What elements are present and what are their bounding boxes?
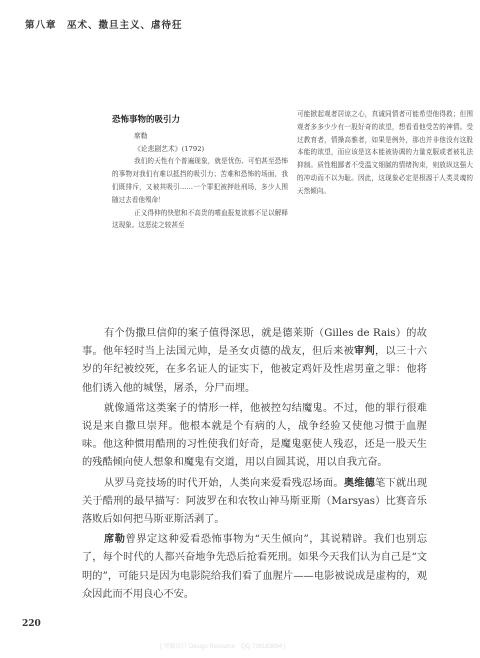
bold-term: 席勒 <box>104 534 126 545</box>
sidebar-right-column: 可能掀起观者居谅之心，真诚同情者可能希望他得救；但围观者多多少少有一股好奇的欲望… <box>297 108 473 198</box>
body-paragraph: 从罗马竞技场的时代开始，人类向来爱看残忍场面。奥维德笔下就出现关于酷刑的最早描写… <box>82 475 427 530</box>
main-text: 有个伪撒旦信仰的案子值得深思，就是德莱斯（Gilles de Rais）的故事。… <box>82 325 427 606</box>
body-paragraph: 就像通常这类案子的情形一样，他被控勾结魔鬼。不过，他的罪行很难说是来自撒旦崇拜。… <box>82 400 427 473</box>
bold-term: 奥维德 <box>344 478 375 489</box>
sidebar-title: 恐怖事物的吸引力 <box>112 114 288 127</box>
sidebar-author: 席勒 <box>112 130 288 143</box>
bold-term: 审判 <box>354 346 375 357</box>
sidebar-paragraph-continued: 可能掀起观者居谅之心，真诚同情者可能希望他得救；但围观者多多少少有一股好奇的欲望… <box>297 108 473 198</box>
text-segment: 曾界定这种爱看恐怖事物为“天生倾向”，其说精辟。我们也别忘了，每个时代的人都兴奋… <box>82 534 427 600</box>
sidebar-left-column: 恐怖事物的吸引力 席勒 《论悲剧艺术》(1792) 我们的天性有个普遍现象，就是… <box>112 114 288 232</box>
page-number: 220 <box>22 619 41 629</box>
body-paragraph: 有个伪撒旦信仰的案子值得深思，就是德莱斯（Gilles de Rais）的故事。… <box>82 325 427 398</box>
watermark: [ 突破设计 Design Resource QQ 736183894 ] <box>160 641 285 650</box>
text-segment: 就像通常这类案子的情形一样，他被控勾结魔鬼。不过，他的罪行很难说是来自撒旦崇拜。… <box>82 403 427 469</box>
body-paragraph: 席勒曾界定这种爱看恐怖事物为“天生倾向”，其说精辟。我们也别忘了，每个时代的人都… <box>82 531 427 604</box>
sidebar-box: 恐怖事物的吸引力 席勒 《论悲剧艺术》(1792) 我们的天性有个普遍现象，就是… <box>112 108 478 268</box>
sidebar-source: 《论悲剧艺术》(1792) <box>112 143 288 156</box>
text-segment: 从罗马竞技场的时代开始，人类向来爱看残忍场面。 <box>104 478 344 489</box>
sidebar-paragraph: 我们的天性有个普遍现象，就是忧伤、可怕甚至恐怖的事物对我们有难以抵挡的吸引力；苦… <box>112 155 288 206</box>
running-head: 第八章 巫术、撒旦主义、虐待狂 <box>25 17 183 31</box>
sidebar-paragraph: 正义得伸的快慰和不高贵的嗜血报复欲都不足以解释这现象。这恶徒之较甚至 <box>112 207 288 233</box>
